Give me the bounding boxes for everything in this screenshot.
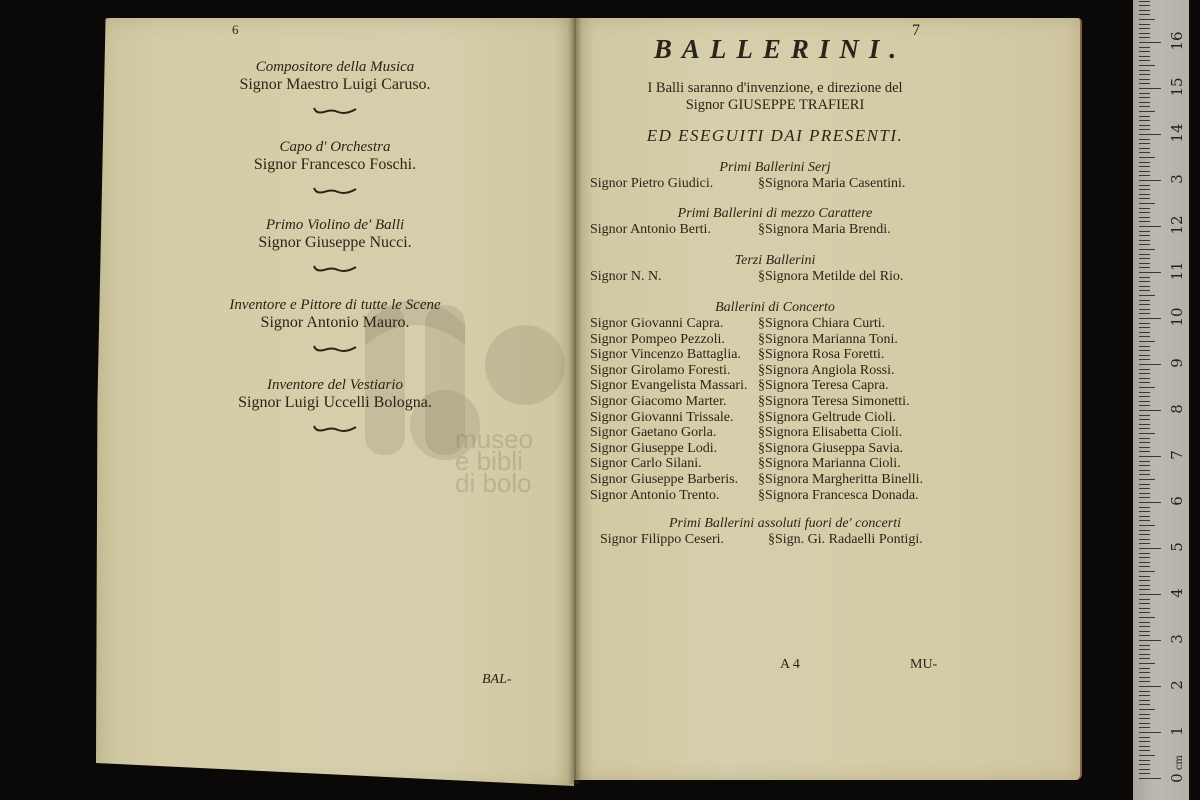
ruler-tick [1139,332,1150,333]
ruler-tick [1139,474,1150,475]
credit-entry: Capo d' Orchestra Signor Francesco Fosch… [96,138,574,196]
ruler-tick [1139,741,1150,742]
ruler-tick [1139,313,1150,314]
ruler-tick [1139,212,1150,213]
ruler-tick [1139,350,1150,351]
ruler-tick [1139,732,1161,733]
ruler-tick [1139,226,1161,227]
ruler-tick [1139,382,1150,383]
ruler-tick [1139,617,1155,618]
ruler-tick [1139,120,1150,121]
ruler-tick [1139,51,1150,52]
ruler-tick [1139,194,1150,195]
ruler-tick [1139,106,1150,107]
dancer-section: Terzi Ballerini Signor N. N. §Signora Me… [590,253,960,285]
ruler-tick [1139,249,1155,250]
dancer-row: Signor Carlo Silani.§Signora Marianna Ci… [590,456,960,472]
ruler-tick [1139,497,1150,498]
ruler-tick [1139,419,1150,420]
ruler-tick [1139,612,1150,613]
ruler-tick [1139,175,1150,176]
ruler-tick [1139,465,1150,466]
ruler-tick [1139,65,1155,66]
ruler-tick [1139,562,1150,563]
ruler-tick [1139,231,1150,232]
ruler-tick [1139,539,1150,540]
measurement-ruler: 0 cm1234567891011123141516 [1133,0,1189,800]
ruler-label: 14 [1168,122,1186,144]
ruler-label: 2 [1168,674,1186,696]
ruler-tick [1139,5,1150,6]
ruler-tick [1139,208,1150,209]
ruler-tick [1139,152,1150,153]
credit-entry: Compositore della Musica Signor Maestro … [96,58,574,116]
dancer-row: Signor Pietro Giudici. §Signora Maria Ca… [590,176,960,192]
ruler-tick [1139,470,1150,471]
ruler-tick [1139,622,1150,623]
ruler-tick [1139,392,1150,393]
ruler-tick [1139,401,1150,402]
ruler-tick [1139,47,1150,48]
ruler-tick [1139,203,1155,204]
ruler-tick [1139,769,1150,770]
ruler-tick [1139,645,1150,646]
ruler-tick [1139,295,1155,296]
ruler-tick [1139,525,1155,526]
dancer-row: Signor Giuseppe Barberis.§Signora Marghe… [590,472,960,488]
ruler-tick [1139,718,1150,719]
ruler-tick [1139,272,1161,273]
dancer-section: Ballerini di Concerto Signor Giovanni Ca… [590,300,960,503]
ruler-tick [1139,663,1155,664]
dancer-row: Signor Girolamo Foresti.§Signora Angiola… [590,363,960,379]
ruler-tick [1139,553,1150,554]
ruler-tick [1139,37,1150,38]
ruler-tick [1139,773,1150,774]
ruler-tick [1139,185,1150,186]
ruler-tick [1139,451,1150,452]
ruler-tick [1139,355,1150,356]
dancer-row: Signor Giacomo Marter.§Signora Teresa Si… [590,394,960,410]
ruler-tick [1139,608,1150,609]
swash-ornament-icon [312,186,358,196]
ruler-tick [1139,286,1150,287]
ruler-tick [1139,727,1150,728]
ruler-tick [1139,415,1150,416]
dancer-row: Signor Giovanni Capra.§Signora Chiara Cu… [590,316,960,332]
ruler-label: 12 [1168,214,1186,236]
ruler-tick [1139,166,1150,167]
ruler-tick [1139,254,1150,255]
ruler-tick [1139,691,1150,692]
swash-ornament-icon [312,106,358,116]
ruler-tick [1139,755,1155,756]
signature-mark: A 4 [780,657,800,673]
dancer-section: Primi Ballerini Serj Signor Pietro Giudi… [590,160,960,192]
ruler-tick [1139,594,1161,595]
ruler-tick [1139,461,1150,462]
ruler-tick [1139,198,1150,199]
ruler-tick [1139,424,1150,425]
ruler-tick [1139,129,1150,130]
ruler-tick [1139,677,1150,678]
ruler-tick [1139,221,1150,222]
ruler-tick [1139,97,1150,98]
ruler-tick [1139,14,1150,15]
dancer-row: Signor Vincenzo Battaglia.§Signora Rosa … [590,347,960,363]
ruler-tick [1139,60,1150,61]
ruler-label: 0 cm [1168,749,1186,789]
ruler-tick [1139,543,1150,544]
ruler-label: 7 [1168,444,1186,466]
ruler-tick [1139,746,1150,747]
ruler-tick [1139,24,1150,25]
ruler-tick [1139,654,1150,655]
ruler-tick [1139,704,1150,705]
ruler-tick [1139,111,1155,112]
dancer-row: Signor Gaetano Gorla.§Signora Elisabetta… [590,425,960,441]
ruler-label: 8 [1168,398,1186,420]
right-catchword: MU- [910,657,937,673]
ruler-tick [1139,589,1150,590]
photo-stage: museo e bibli di bolo 6 Compositore dell… [0,0,1200,800]
ruler-tick [1139,79,1150,80]
dancer-row: Signor Filippo Ceseri. §Sign. Gi. Radael… [600,532,970,548]
ruler-tick [1139,502,1161,503]
ruler-tick [1139,387,1155,388]
left-catchword: BAL- [482,672,512,688]
ruler-tick [1139,488,1150,489]
ruler-tick [1139,157,1155,158]
ruler-label: 15 [1168,76,1186,98]
ruler-label: 11 [1168,260,1186,282]
ruler-tick [1139,263,1150,264]
ruler-tick [1139,1,1150,2]
ruler-tick [1139,42,1161,43]
ruler-tick [1139,327,1150,328]
ruler-tick [1139,576,1150,577]
ruler-tick [1139,304,1150,305]
ruler-tick [1139,778,1161,779]
credit-entry: Inventore e Pittore di tutte le Scene Si… [96,296,574,354]
ruler-tick [1139,534,1150,535]
ruler-tick [1139,281,1150,282]
ruler-tick [1139,28,1150,29]
ruler-tick [1139,244,1150,245]
ruler-tick [1139,507,1150,508]
ruler-tick [1139,548,1161,549]
subheading: ED ESEGUITI DAI PRESENTI. [590,126,960,146]
ruler-tick [1139,723,1150,724]
ruler-tick [1139,479,1155,480]
ruler-tick [1139,760,1150,761]
dancer-section: Primi Ballerini assoluti fuori de' conce… [600,516,970,548]
ruler-tick [1139,396,1150,397]
ruler-tick [1139,737,1150,738]
ruler-tick [1139,764,1150,765]
swash-ornament-icon [312,264,358,274]
credit-entry: Primo Violino de' Balli Signor Giuseppe … [96,216,574,274]
ruler-tick [1139,626,1150,627]
ruler-tick [1139,309,1150,310]
ruler-tick [1139,240,1150,241]
dancer-row: Signor N. N. §Signora Metilde del Rio. [590,269,960,285]
ruler-tick [1139,267,1150,268]
ruler-tick [1139,686,1161,687]
dancer-row: Signor Antonio Trento.§Signora Francesca… [590,488,960,504]
ruler-label: 16 [1168,30,1186,52]
ruler-tick [1139,162,1150,163]
swash-ornament-icon [312,344,358,354]
ruler-tick [1139,700,1150,701]
ruler-tick [1139,530,1150,531]
ruler-label: 3 [1168,168,1186,190]
ruler-label: 1 [1168,720,1186,742]
dancer-row: Signor Giovanni Trissale.§Signora Geltru… [590,410,960,426]
ruler-tick [1139,10,1150,11]
dancer-row: Signor Evangelista Massari.§Signora Tere… [590,378,960,394]
ruler-tick [1139,180,1161,181]
intro-text: I Balli saranno d'invenzione, e direzion… [590,80,960,114]
ruler-label: 9 [1168,352,1186,374]
ruler-label: 6 [1168,490,1186,512]
ruler-tick [1139,116,1150,117]
dancer-section: Primi Ballerini di mezzo Carattere Signo… [590,206,960,238]
ruler-tick [1139,631,1150,632]
ruler-tick [1139,410,1161,411]
ruler-tick [1139,189,1150,190]
ruler-tick [1139,672,1150,673]
ruler-tick [1139,19,1155,20]
ruler-tick [1139,33,1150,34]
ruler-tick [1139,277,1150,278]
ruler-tick [1139,709,1155,710]
ruler-tick [1139,442,1150,443]
ruler-tick [1139,603,1150,604]
ruler-tick [1139,134,1161,135]
ruler-tick [1139,341,1155,342]
ruler-tick [1139,148,1150,149]
dancer-row: Signor Antonio Berti. §Signora Maria Bre… [590,222,960,238]
ruler-tick [1139,258,1150,259]
ruler-tick [1139,323,1150,324]
ruler-tick [1139,88,1161,89]
ruler-tick [1139,580,1150,581]
ruler-tick [1139,171,1150,172]
ruler-tick [1139,74,1150,75]
ruler-tick [1139,635,1150,636]
ruler-label: 10 [1168,306,1186,328]
ruler-tick [1139,557,1150,558]
ruler-tick [1139,143,1150,144]
ruler-tick [1139,318,1161,319]
ruler-tick [1139,566,1150,567]
left-page-number: 6 [232,22,239,38]
ruler-tick [1139,681,1150,682]
ruler-tick [1139,456,1161,457]
ruler-tick [1139,438,1150,439]
ruler-tick [1139,405,1150,406]
ruler-tick [1139,369,1150,370]
ruler-tick [1139,217,1150,218]
ruler-tick [1139,359,1150,360]
ruler-tick [1139,83,1150,84]
ruler-tick [1139,290,1150,291]
ruler-tick [1139,649,1150,650]
ruler-tick [1139,378,1150,379]
ruler-tick [1139,511,1150,512]
ruler-tick [1139,433,1155,434]
ruler-tick [1139,668,1150,669]
ruler-tick [1139,235,1150,236]
ruler-tick [1139,346,1150,347]
ruler-tick [1139,373,1150,374]
ruler-label: 5 [1168,536,1186,558]
dancer-row: Signor Giuseppe Lodi.§Signora Giuseppa S… [590,441,960,457]
ruler-tick [1139,520,1150,521]
ruler-tick [1139,336,1150,337]
ruler-tick [1139,640,1161,641]
ruler-label: 4 [1168,582,1186,604]
ruler-tick [1139,714,1150,715]
ruler-tick [1139,93,1150,94]
ruler-tick [1139,750,1150,751]
ruler-tick [1139,585,1150,586]
ruler-tick [1139,56,1150,57]
ruler-tick [1139,599,1150,600]
ruler-tick [1139,516,1150,517]
page-heading: BALLERINI. [590,34,970,65]
ruler-tick [1139,484,1150,485]
ruler-tick [1139,493,1150,494]
ruler-tick [1139,70,1150,71]
ruler-tick [1139,300,1150,301]
ruler-tick [1139,658,1150,659]
credit-entry: Inventore del Vestiario Signor Luigi Ucc… [96,376,574,434]
swash-ornament-icon [312,424,358,434]
ruler-tick [1139,139,1150,140]
ruler-tick [1139,571,1155,572]
ruler-tick [1139,428,1150,429]
ruler-tick [1139,695,1150,696]
ruler-tick [1139,364,1161,365]
ruler-tick [1139,125,1150,126]
dancer-row: Signor Pompeo Pezzoli.§Signora Marianna … [590,332,960,348]
ruler-tick [1139,447,1150,448]
ruler-tick [1139,102,1150,103]
ruler-label: 3 [1168,628,1186,650]
